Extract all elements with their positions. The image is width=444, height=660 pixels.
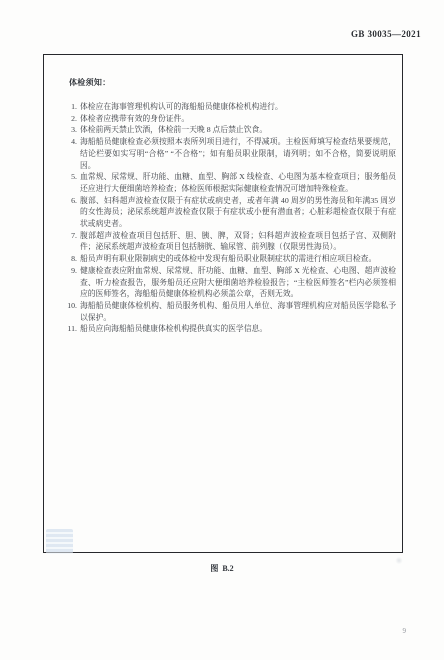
notice-item-5: 5.血常规、尿常规、肝功能、血糖、血型、胸部 X 线检查、心电图为基本检查项目；… [67,171,396,194]
notice-item-9: 9.健康检查表应附血常规、尿常规、肝功能、血糖、血型、胸部 X 光检查、心电图、… [67,265,396,300]
item-number: 1. [67,101,77,113]
item-number: 11. [67,323,77,335]
item-text: 腹部超声波检查项目包括肝、胆、胰、脾，双肾；妇科超声波检查项目包括子宫、双侧附件… [80,231,396,252]
item-text: 体检应在海事管理机构认可的海船船员健康体检机构进行。 [80,102,283,111]
notice-item-4: 4.海船船员健康检查必须按照本表所列项目进行，不得减项。主检医师填写检查结果要规… [67,136,396,171]
document-page: GB 30035—2021 体检须知： 1.体检应在海事管理机构认可的海船船员健… [0,0,444,660]
notice-item-8: 8.船员声明有职业限制病史的或体检中发现有船员职业限制症状的需进行相应项目检查。 [67,253,396,265]
notice-item-11: 11.船员应向海船船员健康体检机构提供真实的医学信息。 [67,323,396,335]
item-text: 海船船员健康检查必须按照本表所列项目进行，不得减项。主检医师填写检查结果要规范，… [80,137,396,169]
notice-list: 1.体检应在海事管理机构认可的海船船员健康体检机构进行。 2.体检者应携带有效的… [67,101,396,335]
item-number: 2. [67,113,77,125]
notice-box: 体检须知： 1.体检应在海事管理机构认可的海船船员健康体检机构进行。 2.体检者… [43,54,403,553]
item-number: 6. [67,195,77,207]
item-text: 体检前两天禁止饮酒，体检前一天晚 8 点后禁止饮食。 [80,125,267,134]
item-text: 健康检查表应附血常规、尿常规、肝功能、血糖、血型、胸部 X 光检查、心电图、超声… [80,266,396,298]
item-number: 10. [67,300,77,312]
item-number: 9. [67,265,77,277]
item-text: 海船船员健康体检机构、船员服务机构、船员用人单位、海事管理机构应对船员医学隐私予… [80,301,396,322]
stamp-watermark [46,529,73,554]
figure-caption: 图 B.2 [0,563,444,574]
notice-item-3: 3.体检前两天禁止饮酒，体检前一天晚 8 点后禁止饮食。 [67,124,396,136]
notice-item-6: 6.腹部、妇科超声波检查仅限于有症状或病史者，或者年满 40 周岁的男性海员和年… [67,195,396,230]
notice-title: 体检须知： [69,77,111,88]
notice-item-7: 7.腹部超声波检查项目包括肝、胆、胰、脾，双肾；妇科超声波检查项目包括子宫、双侧… [67,230,396,253]
page-number: 9 [403,627,407,635]
item-text: 船员声明有职业限制病史的或体检中发现有船员职业限制症状的需进行相应项目检查。 [80,254,376,263]
item-text: 船员应向海船船员健康体检机构提供真实的医学信息。 [80,324,267,333]
item-number: 4. [67,136,77,148]
notice-item-1: 1.体检应在海事管理机构认可的海船船员健康体检机构进行。 [67,101,396,113]
standard-code: GB 30035—2021 [351,29,421,39]
item-number: 3. [67,124,77,136]
notice-item-2: 2.体检者应携带有效的身份证件。 [67,113,396,125]
item-number: 5. [67,171,77,183]
item-text: 血常规、尿常规、肝功能、血糖、血型、胸部 X 线检查、心电图为基本检查项目；服务… [80,172,396,193]
item-text: 体检者应携带有效的身份证件。 [80,114,189,123]
item-number: 8. [67,253,77,265]
item-number: 7. [67,230,77,242]
item-text: 腹部、妇科超声波检查仅限于有症状或病史者，或者年满 40 周岁的男性海员和年满3… [80,196,396,228]
notice-item-10: 10.海船船员健康体检机构、船员服务机构、船员用人单位、海事管理机构应对船员医学… [67,300,396,323]
